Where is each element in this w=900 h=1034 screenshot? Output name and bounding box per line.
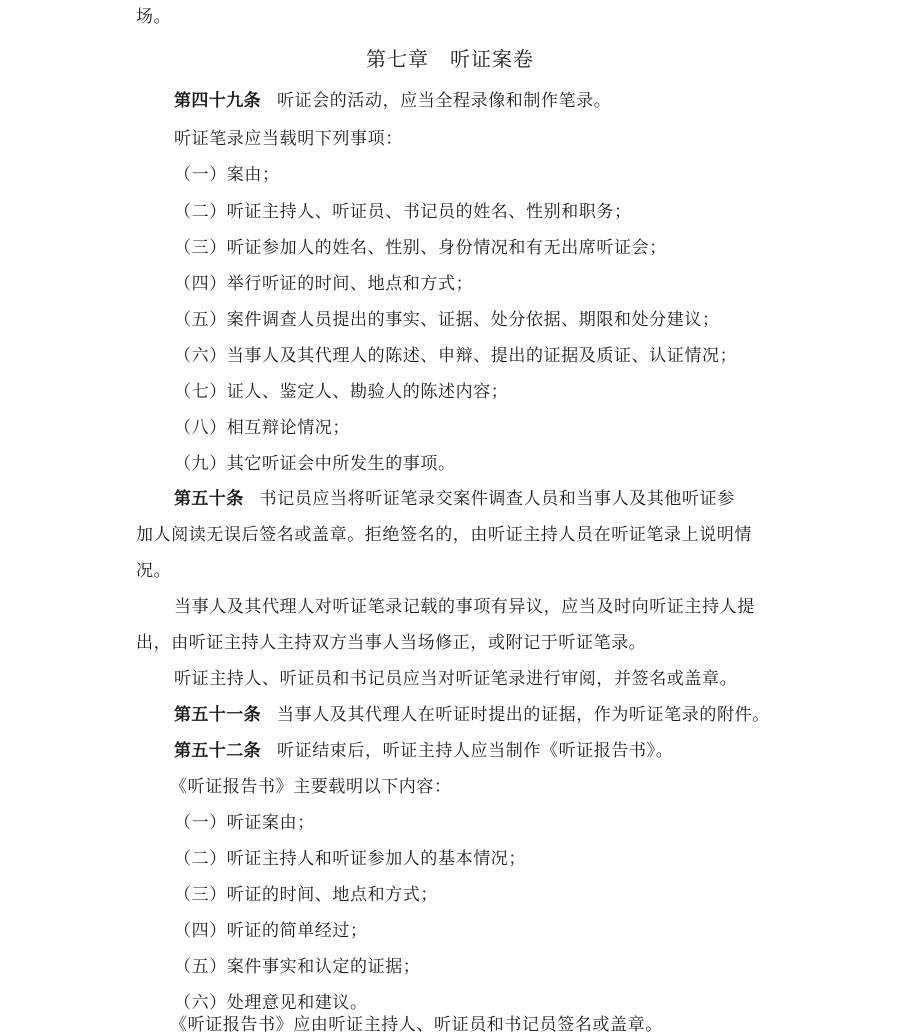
record-item: （四）举行听证的时间、地点和方式； xyxy=(174,273,473,295)
article-50-label: 第五十条 xyxy=(174,489,244,509)
record-intro: 听证笔录应当载明下列事项： xyxy=(174,128,403,150)
article-49-label: 第四十九条 xyxy=(174,91,261,111)
report-sign-paragraph: 《听证报告书》应由听证主持人、听证员和书记员签名或盖章。 xyxy=(170,1014,663,1034)
article-50-line-2: 加人阅读无误后签名或盖章。拒绝签名的，由听证主持人员在听证笔录上说明情 xyxy=(136,524,752,546)
record-item: （二）听证主持人、听证员、书记员的姓名、性别和职务； xyxy=(174,201,632,223)
report-item: （三）听证的时间、地点和方式； xyxy=(174,884,438,906)
record-item: （三）听证参加人的姓名、性别、身份情况和有无出席听证会； xyxy=(174,237,667,259)
previous-page-tail: 场。 xyxy=(136,6,171,28)
article-52: 第五十二条听证结束后，听证主持人应当制作《听证报告书》。 xyxy=(174,740,673,762)
objection-line-2: 出，由听证主持人主持双方当事人当场修正，或附记于听证笔录。 xyxy=(136,632,646,654)
article-51-label: 第五十一条 xyxy=(174,705,261,725)
record-item: （一）案由； xyxy=(174,164,280,186)
record-item: （九）其它听证会中所发生的事项。 xyxy=(174,453,456,475)
report-intro: 《听证报告书》主要载明以下内容： xyxy=(170,776,452,798)
report-item: （二）听证主持人和听证参加人的基本情况； xyxy=(174,848,526,870)
record-item: （七）证人、鉴定人、勘验人的陈述内容； xyxy=(174,381,508,403)
report-item: （五）案件事实和认定的证据； xyxy=(174,956,420,978)
document-page: 场。 第七章 听证案卷 第四十九条听证会的活动，应当全程录像和制作笔录。 听证笔… xyxy=(0,0,900,1034)
chapter-title: 第七章 听证案卷 xyxy=(0,46,900,72)
article-52-label: 第五十二条 xyxy=(174,741,261,761)
article-50-text: 书记员应当将听证笔录交案件调查人员和当事人及其他听证参 xyxy=(260,489,735,509)
article-51-text: 当事人及其代理人在听证时提出的证据，作为听证笔录的附件。 xyxy=(277,705,770,725)
review-paragraph: 听证主持人、听证员和书记员应当对听证笔录进行审阅，并签名或盖章。 xyxy=(174,668,737,690)
article-51: 第五十一条当事人及其代理人在听证时提出的证据，作为听证笔录的附件。 xyxy=(174,704,770,726)
record-item: （八）相互辩论情况； xyxy=(174,417,350,439)
article-52-text: 听证结束后，听证主持人应当制作《听证报告书》。 xyxy=(277,741,673,761)
record-item: （五）案件调查人员提出的事实、证据、处分依据、期限和处分建议； xyxy=(174,309,720,331)
report-item: （一）听证案由； xyxy=(174,812,315,834)
report-item: （四）听证的简单经过； xyxy=(174,920,368,942)
article-49-text: 听证会的活动，应当全程录像和制作笔录。 xyxy=(277,91,611,111)
article-50-line-1: 第五十条书记员应当将听证笔录交案件调查人员和当事人及其他听证参 xyxy=(174,488,735,510)
article-50-line-3: 况。 xyxy=(136,560,171,582)
article-49: 第四十九条听证会的活动，应当全程录像和制作笔录。 xyxy=(174,90,611,112)
objection-line-1: 当事人及其代理人对听证笔录记载的事项有异议，应当及时向听证主持人提 xyxy=(174,596,755,618)
report-item: （六）处理意见和建议。 xyxy=(174,992,368,1014)
record-item: （六）当事人及其代理人的陈述、申辩、提出的证据及质证、认证情况； xyxy=(174,345,737,367)
